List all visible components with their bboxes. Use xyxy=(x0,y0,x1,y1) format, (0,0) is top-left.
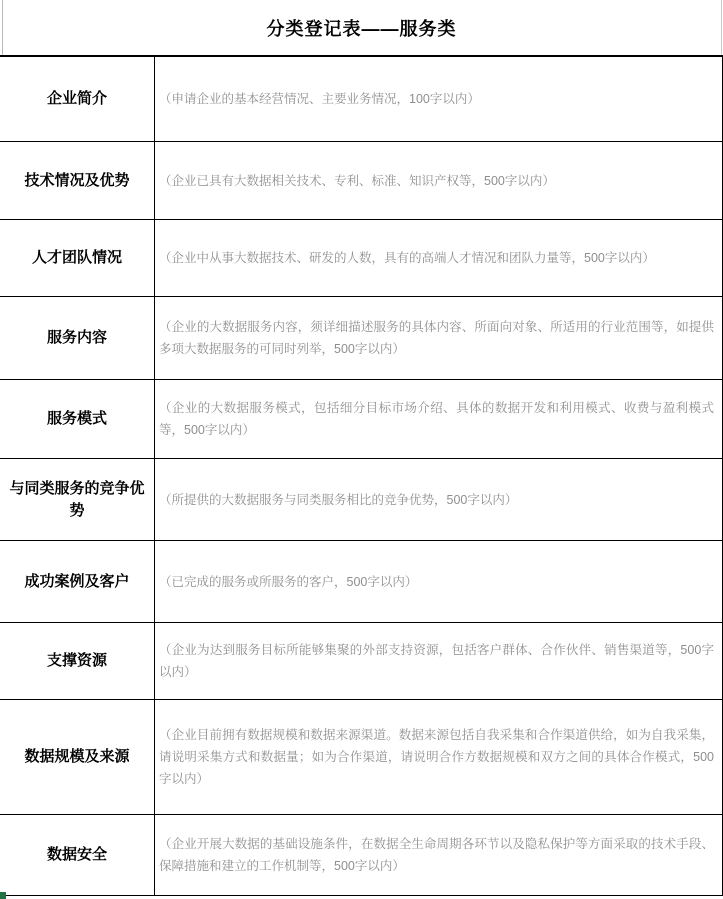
table-row-talent-team: 人才团队情况 （企业中从事大数据技术、研发的人数，具有的高端人才情况和团队力量等… xyxy=(0,220,723,297)
row-desc-cell: （企业为达到服务目标所能够集聚的外部支持资源，包括客户群体、合作伙伴、销售渠道等… xyxy=(155,623,722,699)
row-desc-cell: （企业开展大数据的基础设施条件，在数据全生命周期各环节以及隐私保护等方面采取的技… xyxy=(155,815,722,895)
row-desc-text: （企业中从事大数据技术、研发的人数，具有的高端人才情况和团队力量等，500字以内… xyxy=(159,247,714,269)
row-label-cell: 技术情况及优势 xyxy=(0,142,155,219)
row-desc-text: （企业的大数据服务内容，须详细描述服务的具体内容、所面向对象、所适用的行业范围等… xyxy=(159,316,714,360)
row-label-cell: 支撑资源 xyxy=(0,623,155,699)
row-label-cell: 人才团队情况 xyxy=(0,220,155,296)
row-desc-cell: （所提供的大数据服务与同类服务相比的竞争优势，500字以内） xyxy=(155,459,722,540)
row-desc-text: （企业目前拥有数据规模和数据来源渠道。数据来源包括自我采集和合作渠道供给，如为自… xyxy=(159,724,714,790)
registration-table: 分类登记表——服务类 企业简介 （申请企业的基本经营情况、主要业务情况，100字… xyxy=(0,0,723,896)
row-label-cell: 成功案例及客户 xyxy=(0,541,155,622)
row-label-cell: 数据安全 xyxy=(0,815,155,895)
table-selection-handle[interactable] xyxy=(0,892,6,899)
row-desc-cell: （企业的大数据服务内容，须详细描述服务的具体内容、所面向对象、所适用的行业范围等… xyxy=(155,297,722,379)
row-label-cell: 服务内容 xyxy=(0,297,155,379)
row-label-cell: 数据规模及来源 xyxy=(0,700,155,814)
row-desc-text: （所提供的大数据服务与同类服务相比的竞争优势，500字以内） xyxy=(159,489,714,511)
table-row-success-cases: 成功案例及客户 （已完成的服务或所服务的客户，500字以内） xyxy=(0,541,723,623)
row-desc-text: （申请企业的基本经营情况、主要业务情况，100字以内） xyxy=(159,88,714,110)
table-row-data-security: 数据安全 （企业开展大数据的基础设施条件，在数据全生命周期各环节以及隐私保护等方… xyxy=(0,815,723,896)
row-desc-cell: （企业的大数据服务模式，包括细分目标市场介绍、具体的数据开发和利用模式、收费与盈… xyxy=(155,380,722,458)
document-page: 分类登记表——服务类 企业简介 （申请企业的基本经营情况、主要业务情况，100字… xyxy=(0,0,723,899)
table-row-service-content: 服务内容 （企业的大数据服务内容，须详细描述服务的具体内容、所面向对象、所适用的… xyxy=(0,297,723,380)
row-label-cell: 企业简介 xyxy=(0,57,155,141)
table-row-data-scale-source: 数据规模及来源 （企业目前拥有数据规模和数据来源渠道。数据来源包括自我采集和合作… xyxy=(0,700,723,815)
table-row-company-profile: 企业简介 （申请企业的基本经营情况、主要业务情况，100字以内） xyxy=(0,57,723,142)
row-desc-cell: （企业已具有大数据相关技术、专利、标准、知识产权等，500字以内） xyxy=(155,142,722,219)
table-row-service-model: 服务模式 （企业的大数据服务模式，包括细分目标市场介绍、具体的数据开发和利用模式… xyxy=(0,380,723,459)
table-row-supporting-resources: 支撑资源 （企业为达到服务目标所能够集聚的外部支持资源，包括客户群体、合作伙伴、… xyxy=(0,623,723,700)
row-desc-text: （企业的大数据服务模式，包括细分目标市场介绍、具体的数据开发和利用模式、收费与盈… xyxy=(159,397,714,441)
row-label-cell: 与同类服务的竞争优势 xyxy=(0,459,155,540)
row-desc-text: （企业开展大数据的基础设施条件，在数据全生命周期各环节以及隐私保护等方面采取的技… xyxy=(159,833,714,877)
row-desc-text: （已完成的服务或所服务的客户，500字以内） xyxy=(159,571,714,593)
row-desc-cell: （企业中从事大数据技术、研发的人数，具有的高端人才情况和团队力量等，500字以内… xyxy=(155,220,722,296)
row-desc-cell: （企业目前拥有数据规模和数据来源渠道。数据来源包括自我采集和合作渠道供给，如为自… xyxy=(155,700,722,814)
row-label-cell: 服务模式 xyxy=(0,380,155,458)
row-desc-text: （企业为达到服务目标所能够集聚的外部支持资源，包括客户群体、合作伙伴、销售渠道等… xyxy=(159,639,714,683)
table-row-technology-advantage: 技术情况及优势 （企业已具有大数据相关技术、专利、标准、知识产权等，500字以内… xyxy=(0,142,723,220)
table-title: 分类登记表——服务类 xyxy=(267,15,457,41)
table-row-competitive-advantage: 与同类服务的竞争优势 （所提供的大数据服务与同类服务相比的竞争优势，500字以内… xyxy=(0,459,723,541)
row-desc-text: （企业已具有大数据相关技术、专利、标准、知识产权等，500字以内） xyxy=(159,170,714,192)
row-desc-cell: （申请企业的基本经营情况、主要业务情况，100字以内） xyxy=(155,57,722,141)
row-desc-cell: （已完成的服务或所服务的客户，500字以内） xyxy=(155,541,722,622)
table-title-row: 分类登记表——服务类 xyxy=(0,0,723,57)
